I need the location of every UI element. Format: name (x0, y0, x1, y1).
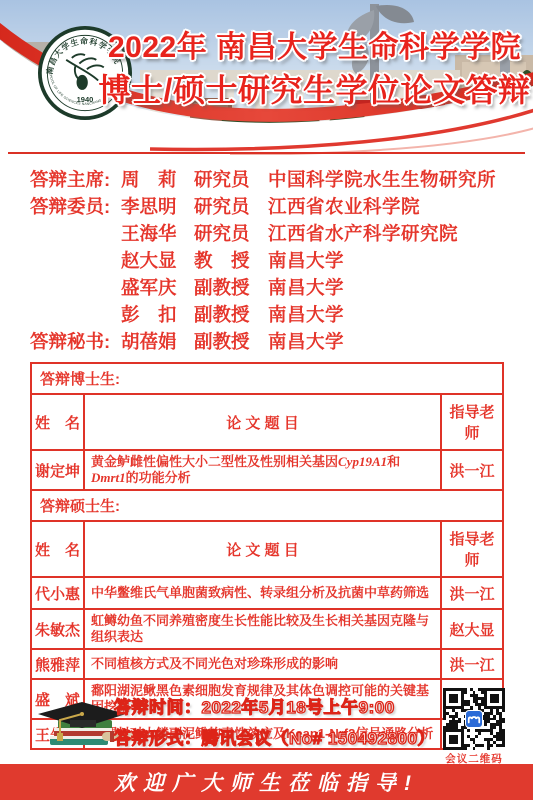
member-org: 江西省农业科学院 (268, 193, 420, 219)
defense-time-line: 答辩时间：2022年5月18号上午9:00 (114, 692, 435, 723)
member-org: 南昌大学 (268, 301, 344, 327)
member-title: 教 授 (194, 247, 268, 273)
student-name: 熊雅萍 (31, 649, 84, 679)
advisor-name: 洪一江 (441, 649, 503, 679)
phd-header-row: 姓 名 论 文 题 目 指导老师 (31, 394, 503, 450)
thesis-title: 不同植核方式及不同光色对珍珠形成的影响 (84, 649, 441, 679)
col-header-title: 论 文 题 目 (84, 521, 441, 577)
col-header-name: 姓 名 (31, 394, 84, 450)
thesis-title: 中华鳖维氏气单胞菌致病性、转录组分析及抗菌中草药筛选 (84, 577, 441, 609)
committee-row: 答辩委员: 李思明 研究员 江西省农业科学院 (30, 192, 525, 219)
title-line-2: 博士/硕士研究生学位论文答辩 (96, 69, 533, 112)
meeting-qr-block: 会议二维码 (442, 688, 506, 766)
committee-row: 盛军庆 副教授 南昌大学 (30, 273, 525, 300)
student-name: 代小惠 (31, 577, 84, 609)
student-name: 朱敏杰 (31, 609, 84, 649)
member-title: 副教授 (194, 328, 268, 354)
footer: 答辩时间：2022年5月18号上午9:00 答辩形式：腾讯会议（No# 1504… (0, 688, 533, 764)
welcome-bar: 欢迎广大师生莅临指导! (0, 764, 533, 800)
tencent-meeting-icon (465, 710, 483, 728)
thesis-defense-poster: 南昌大学生命科学学院 SCHOOL OF LIFE SCIENCES NANCH… (0, 0, 533, 800)
gene-name: Cyp19A1 (338, 454, 387, 469)
member-name: 胡蓓娟 (121, 328, 194, 354)
thesis-title: 黄金鲈雌性偏性大小二型性及性别相关基因Cyp19A1和Dmrt1的功能分析 (84, 450, 441, 490)
role-label: 答辩主席: (30, 166, 121, 192)
advisor-name: 洪一江 (441, 577, 503, 609)
member-name: 王海华 (121, 220, 194, 246)
gene-name: Dmrt1 (91, 470, 126, 485)
col-header-advisor: 指导老师 (441, 394, 503, 450)
time-label: 答辩时间： (114, 698, 202, 717)
table-row: 朱敏杰 虹鳟幼鱼不同养殖密度生长性能比较及生长相关基因克隆与组织表达 赵大显 (31, 609, 503, 649)
role-label: 答辩委员: (30, 193, 121, 219)
qr-code (443, 688, 505, 750)
phd-section-label: 答辩博士生: (31, 363, 503, 394)
welcome-text: 欢迎广大师生莅临指导! (114, 767, 419, 797)
col-header-title: 论 文 题 目 (84, 394, 441, 450)
table-row: 熊雅萍 不同植核方式及不同光色对珍珠形成的影响 洪一江 (31, 649, 503, 679)
committee-row: 赵大显 教 授 南昌大学 (30, 246, 525, 273)
masters-section-label: 答辩硕士生: (31, 490, 503, 521)
defense-info: 答辩时间：2022年5月18号上午9:00 答辩形式：腾讯会议（No# 1504… (114, 692, 435, 754)
committee-row: 王海华 研究员 江西省水产科学研究院 (30, 219, 525, 246)
member-name: 李思明 (121, 193, 194, 219)
title-line-1: 2022年 南昌大学生命科学学院 (96, 26, 533, 69)
member-org: 南昌大学 (268, 274, 344, 300)
student-name: 谢定坤 (31, 450, 84, 490)
table-row: 代小惠 中华鳖维氏气单胞菌致病性、转录组分析及抗菌中草药筛选 洪一江 (31, 577, 503, 609)
cone-icon (77, 75, 88, 90)
member-org: 南昌大学 (268, 247, 344, 273)
logo-year: 1940 (77, 95, 94, 104)
divider-line (8, 152, 525, 154)
member-name: 盛军庆 (121, 274, 194, 300)
table-row: 谢定坤 黄金鲈雌性偏性大小二型性及性别相关基因Cyp19A1和Dmrt1的功能分… (31, 450, 503, 490)
member-org: 南昌大学 (268, 328, 344, 354)
member-org: 中国科学院水生生物研究所 (268, 166, 496, 192)
committee-row: 答辩主席: 周 莉 研究员 中国科学院水生生物研究所 (30, 165, 525, 192)
committee-list: 答辩主席: 周 莉 研究员 中国科学院水生生物研究所 答辩委员: 李思明 研究员… (30, 165, 525, 354)
time-value: 2022年5月18号上午9:00 (202, 698, 395, 717)
defense-format-line: 答辩形式：腾讯会议（No# 150492800） (114, 723, 435, 754)
member-name: 赵大显 (121, 247, 194, 273)
committee-row: 答辩秘书: 胡蓓娟 副教授 南昌大学 (30, 327, 525, 354)
advisor-name: 赵大显 (441, 609, 503, 649)
member-name: 彭 扣 (121, 301, 194, 327)
role-label: 答辩秘书: (30, 328, 121, 354)
masters-header-row: 姓 名 论 文 题 目 指导老师 (31, 521, 503, 577)
member-org: 江西省水产科学研究院 (268, 220, 458, 246)
advisor-name: 洪一江 (441, 450, 503, 490)
format-value: 腾讯会议（No# 150492800） (202, 729, 435, 748)
member-title: 副教授 (194, 274, 268, 300)
col-header-name: 姓 名 (31, 521, 84, 577)
member-name: 周 莉 (121, 166, 194, 192)
poster-title: 2022年 南昌大学生命科学学院 博士/硕士研究生学位论文答辩 (96, 26, 533, 112)
phd-section-row: 答辩博士生: (31, 363, 503, 394)
committee-row: 彭 扣 副教授 南昌大学 (30, 300, 525, 327)
format-label: 答辩形式： (114, 729, 202, 748)
member-title: 副教授 (194, 301, 268, 327)
col-header-advisor: 指导老师 (441, 521, 503, 577)
member-title: 研究员 (194, 220, 268, 246)
thesis-title: 虹鳟幼鱼不同养殖密度生长性能比较及生长相关基因克隆与组织表达 (84, 609, 441, 649)
member-title: 研究员 (194, 166, 268, 192)
banner: 南昌大学生命科学学院 SCHOOL OF LIFE SCIENCES NANCH… (0, 0, 533, 155)
member-title: 研究员 (194, 193, 268, 219)
masters-section-row: 答辩硕士生: (31, 490, 503, 521)
